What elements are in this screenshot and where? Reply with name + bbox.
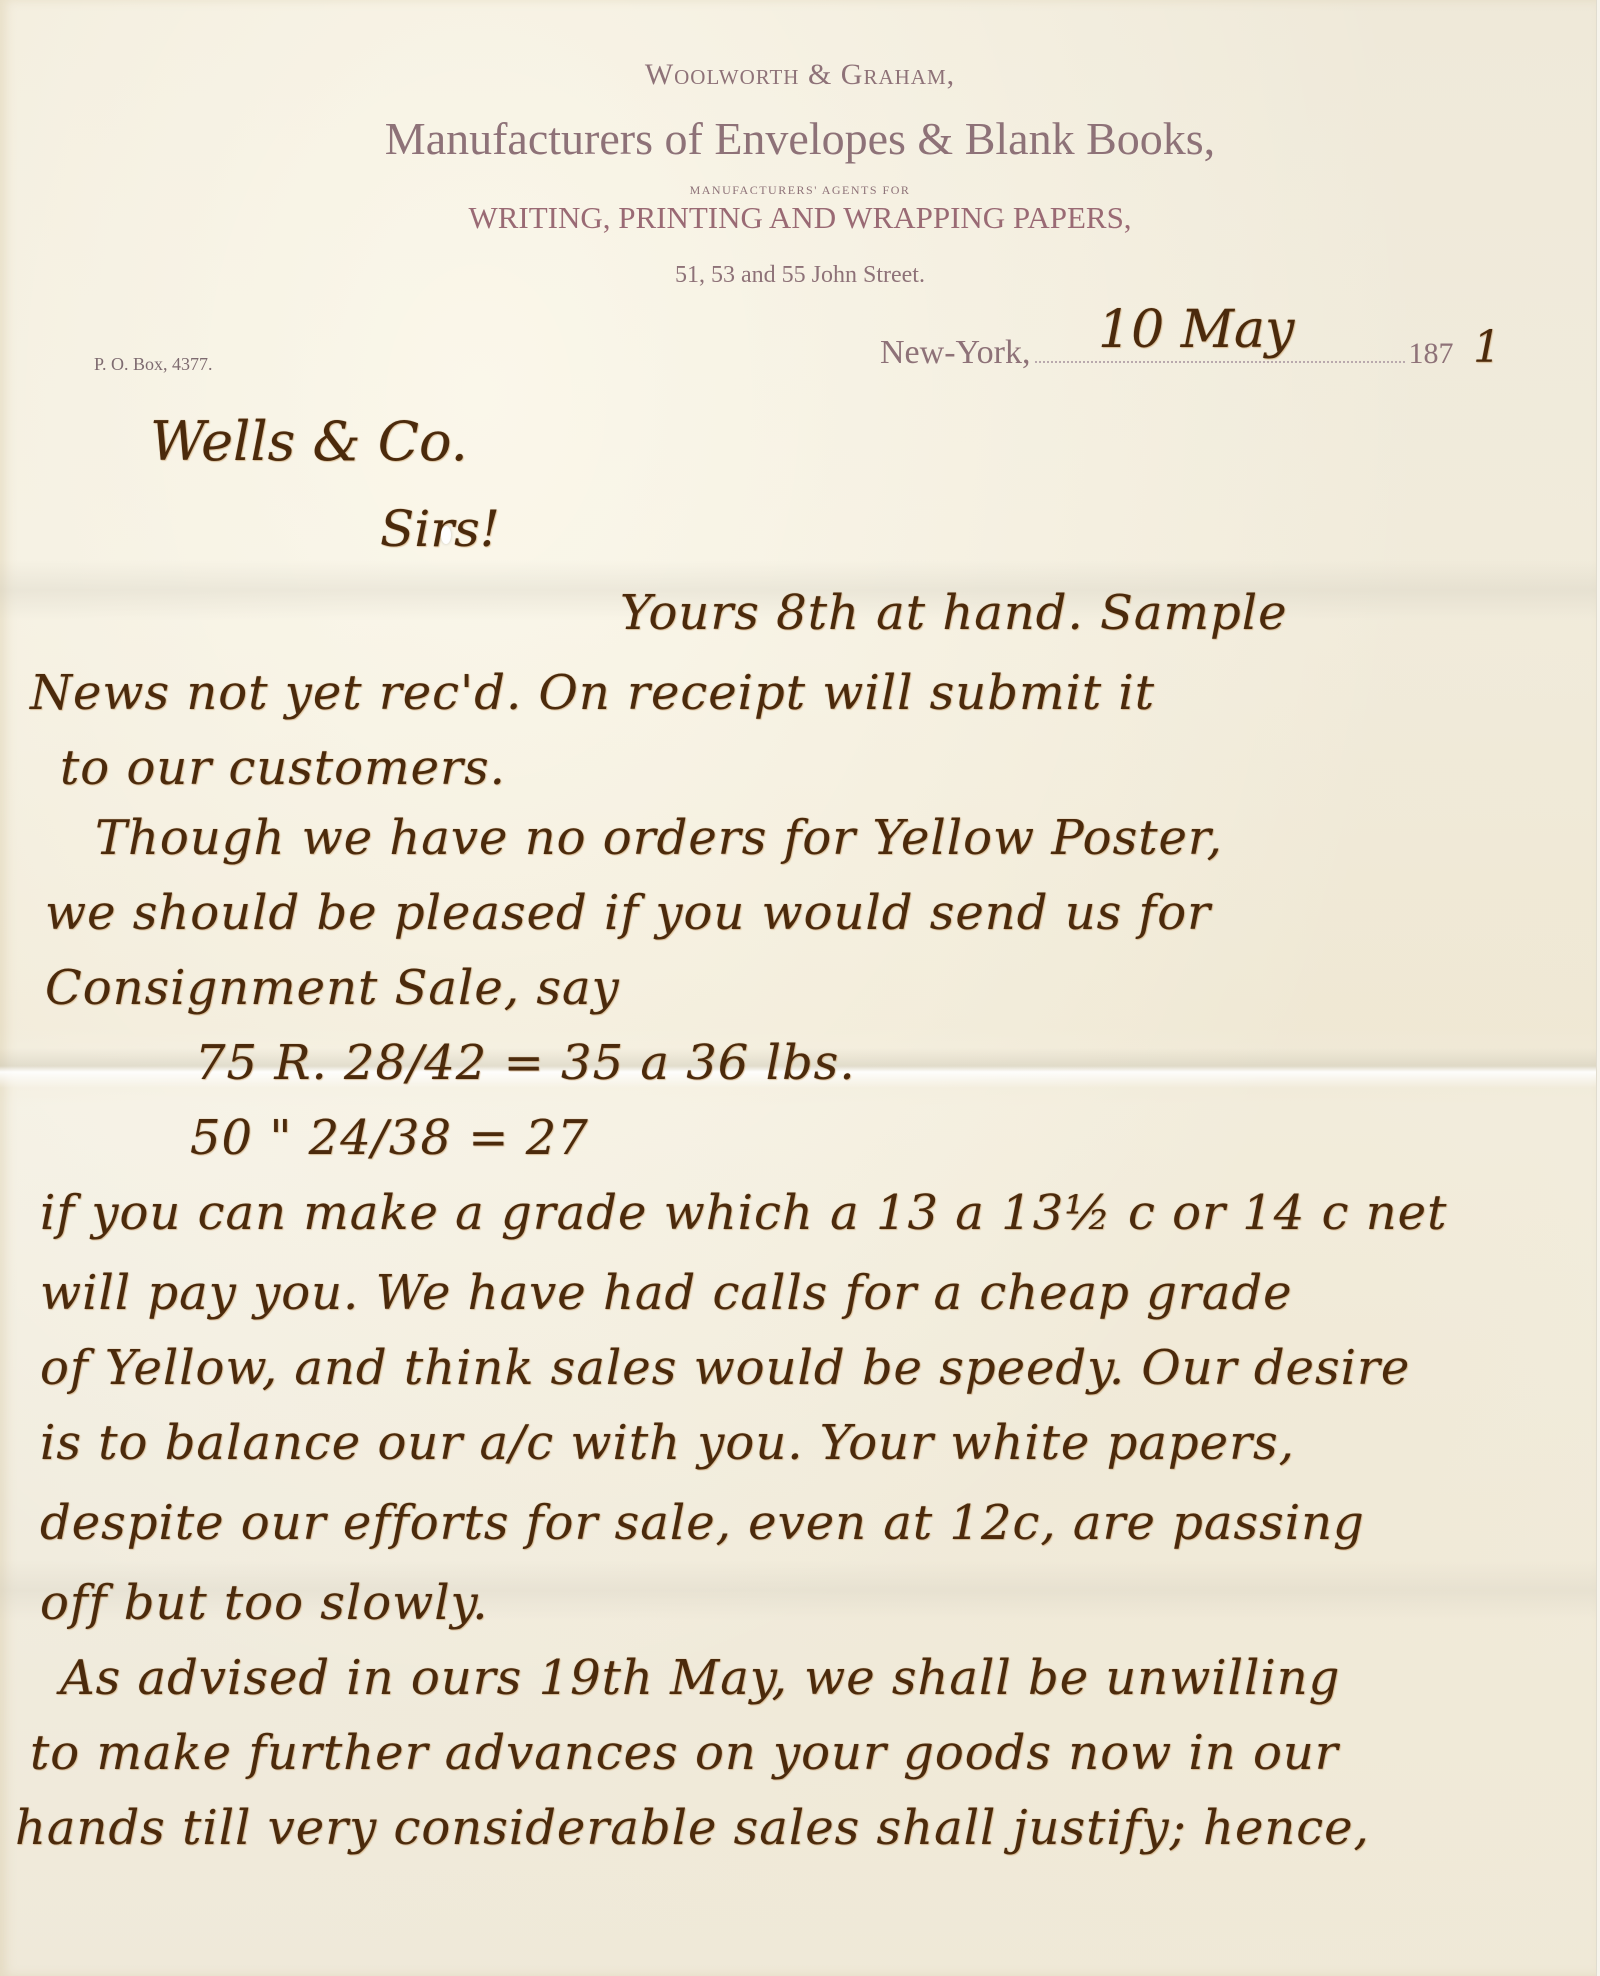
handwritten-line: Consignment Sale, say: [45, 960, 620, 1016]
addressee: Wells & Co.: [150, 410, 468, 473]
po-box: P. O. Box, 4377.: [94, 354, 213, 375]
handwritten-line: to our customers.: [60, 740, 506, 796]
street-address: 51, 53 and 55 John Street.: [0, 262, 1600, 289]
handwritten-line: 50 " 24/38 = 27: [190, 1110, 589, 1166]
handwritten-line: is to balance our a/c with you. Your whi…: [40, 1415, 1295, 1471]
agents-label: Manufacturers' agents for: [0, 183, 1600, 198]
handwritten-line: Yours 8th at hand. Sample: [620, 585, 1288, 641]
handwritten-line: of Yellow, and think sales would be spee…: [40, 1340, 1410, 1396]
salutation: Sirs!: [380, 500, 500, 558]
handwritten-line: if you can make a grade which a 13 a 13½…: [40, 1185, 1447, 1241]
handwritten-line: will pay you. We have had calls for a ch…: [40, 1265, 1293, 1321]
papers-line: WRITING, PRINTING AND WRAPPING PAPERS,: [0, 200, 1600, 236]
year-prefix: 187: [1409, 337, 1454, 370]
handwritten-date: 10 May: [1098, 300, 1294, 360]
handwritten-line: to make further advances on your goods n…: [30, 1725, 1339, 1781]
handwritten-year-digit: 1: [1473, 322, 1501, 373]
handwritten-line: we should be pleased if you would send u…: [45, 885, 1211, 941]
city: New-York,: [880, 334, 1031, 371]
paper-hole: [441, 526, 451, 544]
handwritten-line: off but too slowly.: [40, 1575, 489, 1631]
handwritten-line: 75 R. 28/42 = 35 a 36 lbs.: [195, 1035, 856, 1091]
handwritten-line: As advised in ours 19th May, we shall be…: [60, 1650, 1340, 1706]
handwritten-line: hands till very considerable sales shall…: [15, 1800, 1370, 1856]
firm-description: Manufacturers of Envelopes & Blank Books…: [0, 112, 1600, 165]
handwritten-line: despite our efforts for sale, even at 12…: [40, 1495, 1365, 1551]
date-dotted-line: [1035, 361, 1405, 363]
firm-name: Woolworth & Graham,: [0, 58, 1600, 92]
handwritten-line: Though we have no orders for Yellow Post…: [95, 810, 1223, 866]
handwritten-line: News not yet rec'd. On receipt will subm…: [30, 665, 1155, 721]
